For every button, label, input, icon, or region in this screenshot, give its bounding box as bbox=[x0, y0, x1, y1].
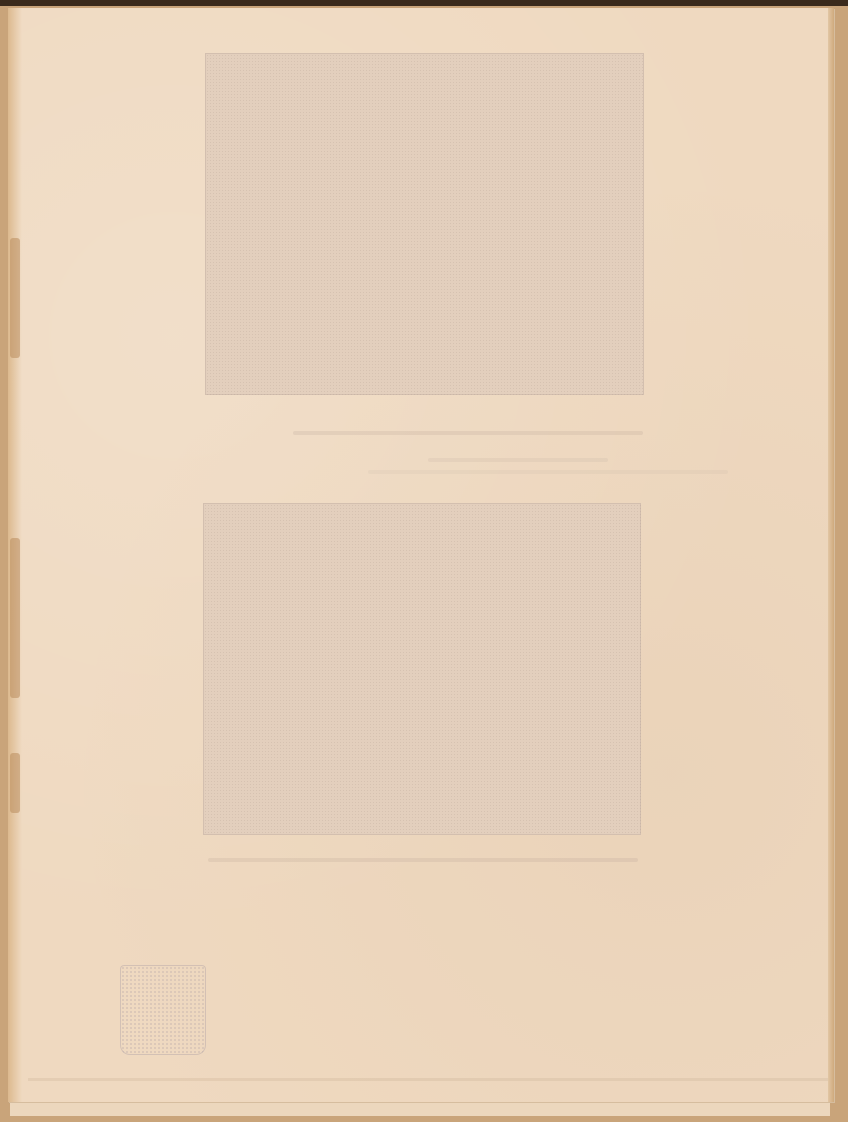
page-right-edge bbox=[828, 8, 834, 1102]
document-page bbox=[8, 8, 834, 1102]
binding-tear bbox=[10, 753, 20, 813]
show-through-plate-2 bbox=[203, 503, 641, 835]
binding-tear bbox=[10, 238, 20, 358]
caption-ghost-line bbox=[428, 458, 608, 462]
library-stamp bbox=[120, 965, 206, 1055]
caption-ghost-line bbox=[208, 858, 638, 862]
show-through-plate-1 bbox=[205, 53, 644, 395]
page-fold-crease bbox=[28, 1078, 828, 1081]
caption-ghost-line bbox=[293, 431, 643, 435]
caption-ghost-line bbox=[368, 470, 728, 474]
binding-tear bbox=[10, 538, 20, 698]
